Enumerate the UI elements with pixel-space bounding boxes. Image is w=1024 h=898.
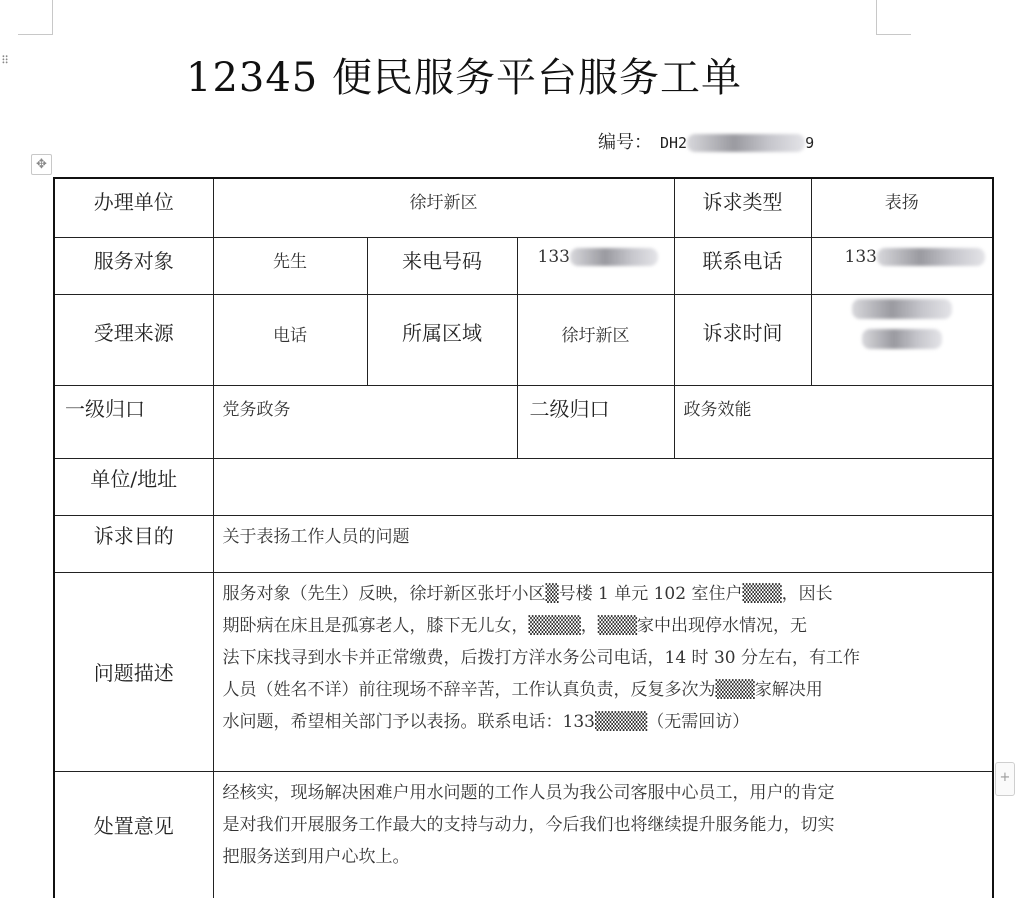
- table-row: 办理单位 徐圩新区 诉求类型 表扬: [54, 178, 993, 237]
- caller-label: 来电号码: [367, 237, 517, 294]
- serial-value-prefix: DH2: [660, 134, 687, 152]
- page-corner-mark-top-left: [18, 0, 53, 35]
- table-row: 一级归口 党务政务 二级归口 政务效能: [54, 385, 993, 458]
- contact-value-prefix: 133: [845, 247, 877, 267]
- address-label: 单位/地址: [54, 458, 213, 515]
- serial-number: 编号：DH29: [598, 128, 814, 154]
- description-label: 问题描述: [54, 572, 213, 771]
- table-move-handle-icon[interactable]: ✥: [31, 154, 52, 175]
- description-line: 服务对象（先生）反映，徐圩新区张圩小区▒号楼 1 单元 102 室住户▒▒▒，因…: [223, 578, 983, 610]
- paragraph-drag-handle-icon[interactable]: ⠿: [1, 58, 8, 64]
- redacted-time: [862, 329, 942, 349]
- redacted-date: [852, 299, 952, 319]
- description-line: 水问题，希望相关部门予以表扬。联系电话：133▒▒▒▒（无需回访）: [223, 706, 983, 738]
- contact-label: 联系电话: [674, 237, 811, 294]
- table-row: 单位/地址: [54, 458, 993, 515]
- redacted-phone: [570, 248, 658, 266]
- table-row: 受理来源 电话 所属区域 徐圩新区 诉求时间: [54, 294, 993, 385]
- area-value[interactable]: 徐圩新区: [517, 294, 674, 385]
- opinion-line: 把服务送到用户心坎上。: [223, 841, 983, 873]
- redacted-phone: [877, 248, 985, 266]
- source-value[interactable]: 电话: [213, 294, 367, 385]
- description-line: 人员（姓名不详）前往现场不辞辛苦，工作认真负责，反复多次为▒▒▒家解决用: [223, 674, 983, 706]
- serial-label: 编号：: [598, 132, 652, 153]
- type-label: 诉求类型: [674, 178, 811, 237]
- serial-value-suffix: 9: [805, 134, 814, 152]
- category1-label: 一级归口: [54, 385, 213, 458]
- contact-value[interactable]: 133: [811, 237, 993, 294]
- table-row: 问题描述 服务对象（先生）反映，徐圩新区张圩小区▒号楼 1 单元 102 室住户…: [54, 572, 993, 771]
- description-value[interactable]: 服务对象（先生）反映，徐圩新区张圩小区▒号楼 1 单元 102 室住户▒▒▒，因…: [213, 572, 993, 771]
- description-line: 法下床找寻到水卡并正常缴费，后拨打方洋水务公司电话，14 时 30 分左右，有工…: [223, 642, 983, 674]
- document-title: 12345 便民服务平台服务工单: [186, 46, 742, 103]
- work-order-table: 办理单位 徐圩新区 诉求类型 表扬 服务对象 先生 来电号码 133 联系电话 …: [53, 177, 994, 898]
- page-corner-mark-top-right: [876, 0, 911, 35]
- caller-value-prefix: 133: [538, 247, 570, 267]
- address-value[interactable]: [213, 458, 993, 515]
- table-row: 诉求目的 关于表扬工作人员的问题: [54, 515, 993, 572]
- time-label: 诉求时间: [674, 294, 811, 385]
- opinion-value[interactable]: 经核实，现场解决困难户用水问题的工作人员为我公司客服中心员工，用户的肯定 是对我…: [213, 771, 993, 898]
- category1-value[interactable]: 党务政务: [213, 385, 517, 458]
- category2-value[interactable]: 政务效能: [674, 385, 993, 458]
- add-row-button[interactable]: +: [995, 762, 1015, 796]
- table-row: 服务对象 先生 来电号码 133 联系电话 133: [54, 237, 993, 294]
- opinion-line: 经核实，现场解决困难户用水问题的工作人员为我公司客服中心员工，用户的肯定: [223, 777, 983, 809]
- caller-value[interactable]: 133: [517, 237, 674, 294]
- table-row: 处置意见 经核实，现场解决困难户用水问题的工作人员为我公司客服中心员工，用户的肯…: [54, 771, 993, 898]
- time-value[interactable]: [811, 294, 993, 385]
- redacted-serial: [687, 134, 805, 152]
- unit-label: 办理单位: [54, 178, 213, 237]
- unit-value[interactable]: 徐圩新区: [213, 178, 674, 237]
- opinion-label: 处置意见: [54, 771, 213, 898]
- type-value[interactable]: 表扬: [811, 178, 993, 237]
- purpose-value[interactable]: 关于表扬工作人员的问题: [213, 515, 993, 572]
- purpose-label: 诉求目的: [54, 515, 213, 572]
- client-value[interactable]: 先生: [213, 237, 367, 294]
- opinion-line: 是对我们开展服务工作最大的支持与动力，今后我们也将继续提升服务能力，切实: [223, 809, 983, 841]
- client-label: 服务对象: [54, 237, 213, 294]
- description-line: 期卧病在床且是孤寡老人，膝下无儿女，▒▒▒▒，▒▒▒家中出现停水情况，无: [223, 610, 983, 642]
- category2-label: 二级归口: [517, 385, 674, 458]
- source-label: 受理来源: [54, 294, 213, 385]
- area-label: 所属区域: [367, 294, 517, 385]
